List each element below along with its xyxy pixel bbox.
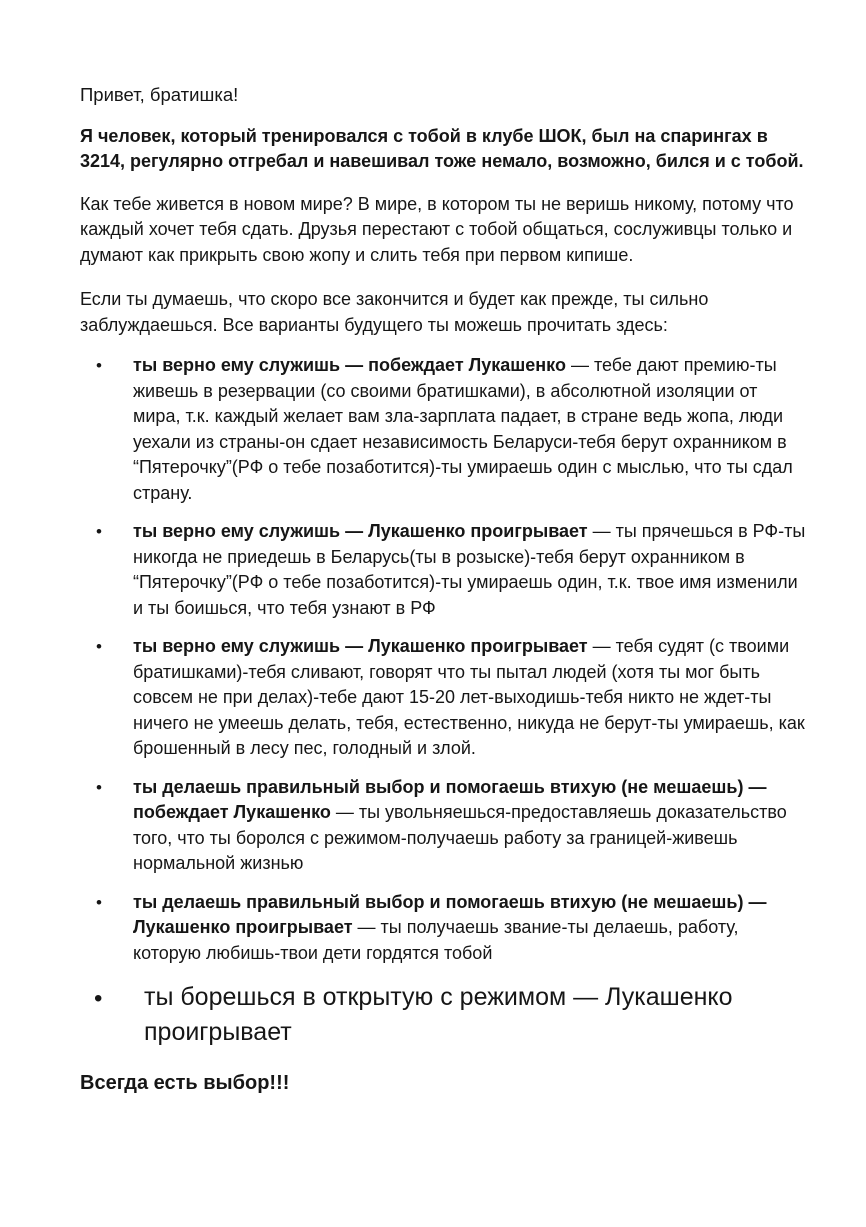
scenario-list: ты верно ему служишь — побеждает Лукашен… — [80, 353, 806, 1050]
scenario-item-2: ты верно ему служишь — Лукашенко проигры… — [80, 519, 806, 621]
scenario-item-4: ты делаешь правильный выбор и помогаешь … — [80, 775, 806, 877]
scenario-item-final: ты борешься в открытую с режимом — Лукаш… — [80, 980, 806, 1050]
intro-paragraph: Я человек, который тренировался с тобой … — [80, 124, 806, 175]
document-page: Привет, братишка! Я человек, который тре… — [0, 0, 866, 1227]
scenario-item-1-text: — тебе дают премию-ты живешь в резерваци… — [133, 355, 793, 503]
scenario-item-5: ты делаешь правильный выбор и помогаешь … — [80, 890, 806, 967]
greeting-line: Привет, братишка! — [80, 82, 806, 108]
scenario-item-2-heading: ты верно ему служишь — Лукашенко проигры… — [133, 521, 588, 541]
future-options-paragraph: Если ты думаешь, что скоро все закончитс… — [80, 287, 806, 338]
scenario-item-3-heading: ты верно ему служишь — Лукашенко проигры… — [133, 636, 588, 656]
new-world-paragraph: Как тебе живется в новом мире? В мире, в… — [80, 192, 806, 269]
closing-statement: Всегда есть выбор!!! — [80, 1069, 806, 1097]
scenario-item-1: ты верно ему служишь — побеждает Лукашен… — [80, 353, 806, 506]
scenario-item-3: ты верно ему служишь — Лукашенко проигры… — [80, 634, 806, 762]
scenario-item-final-text: ты борешься в открытую с режимом — Лукаш… — [144, 983, 733, 1046]
scenario-item-1-heading: ты верно ему служишь — побеждает Лукашен… — [133, 355, 566, 375]
